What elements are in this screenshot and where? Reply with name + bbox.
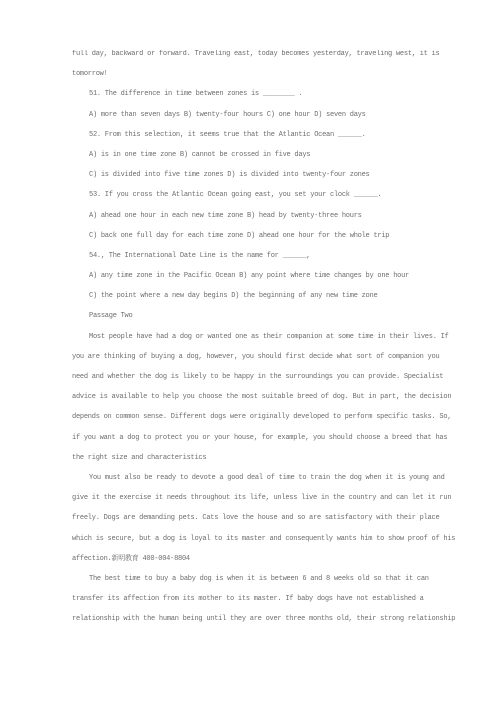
question-51: 51. The difference in time between zones… (72, 84, 472, 104)
question-52: 52. From this selection, it seems true t… (72, 125, 472, 145)
passage-two-para2-line: give it the exercise it needs throughout… (72, 488, 472, 508)
passage-two-para3-line: relationship with the human being until … (72, 609, 472, 629)
question-52-options-cd: C) is divided into five time zones D) is… (72, 165, 472, 185)
question-54-options-cd: C) the point where a new day begins D) t… (72, 286, 472, 306)
passage-two-para2-line: freely. Dogs are demanding pets. Cats lo… (72, 508, 472, 528)
question-53: 53. If you cross the Atlantic Ocean goin… (72, 185, 472, 205)
passage-one-body-line: tomorrow! (72, 64, 472, 84)
question-54-options-ab: A) any time zone in the Pacific Ocean B)… (72, 266, 472, 286)
passage-two-para2-line: You must also be ready to devote a good … (72, 468, 472, 488)
question-53-options-cd: C) back one full day for each time zone … (72, 226, 472, 246)
document-page: full day, backward or forward. Traveling… (0, 0, 500, 707)
question-51-options: A) more than seven days B) twenty-four h… (72, 105, 472, 125)
passage-two-para3-line: transfer its affection from its mother t… (72, 589, 472, 609)
document-text-block: full day, backward or forward. Traveling… (72, 44, 472, 629)
passage-two-para1-line: advice is available to help you choose t… (72, 387, 472, 407)
passage-two-para1-line: need and whether the dog is likely to be… (72, 367, 472, 387)
passage-two-para1-line: if you want a dog to protect you or your… (72, 428, 472, 448)
passage-two-para1-line: depends on common sense. Different dogs … (72, 407, 472, 427)
question-52-options-ab: A) is in one time zone B) cannot be cros… (72, 145, 472, 165)
passage-two-para1-line: Most people have had a dog or wanted one… (72, 327, 472, 347)
passage-two-para1-line: you are thinking of buying a dog, howeve… (72, 347, 472, 367)
passage-two-para2-line: which is secure, but a dog is loyal to i… (72, 529, 472, 549)
question-54: 54., The International Date Line is the … (72, 246, 472, 266)
question-53-options-ab: A) ahead one hour in each new time zone … (72, 206, 472, 226)
passage-one-body-line: full day, backward or forward. Traveling… (72, 44, 472, 64)
passage-two-heading: Passage Two (72, 306, 472, 326)
passage-two-para1-line: the right size and characteristics (72, 448, 472, 468)
passage-two-para3-line: The best time to buy a baby dog is when … (72, 569, 472, 589)
watermark-line: affection.新明教育 400-004-8804 (72, 549, 472, 569)
